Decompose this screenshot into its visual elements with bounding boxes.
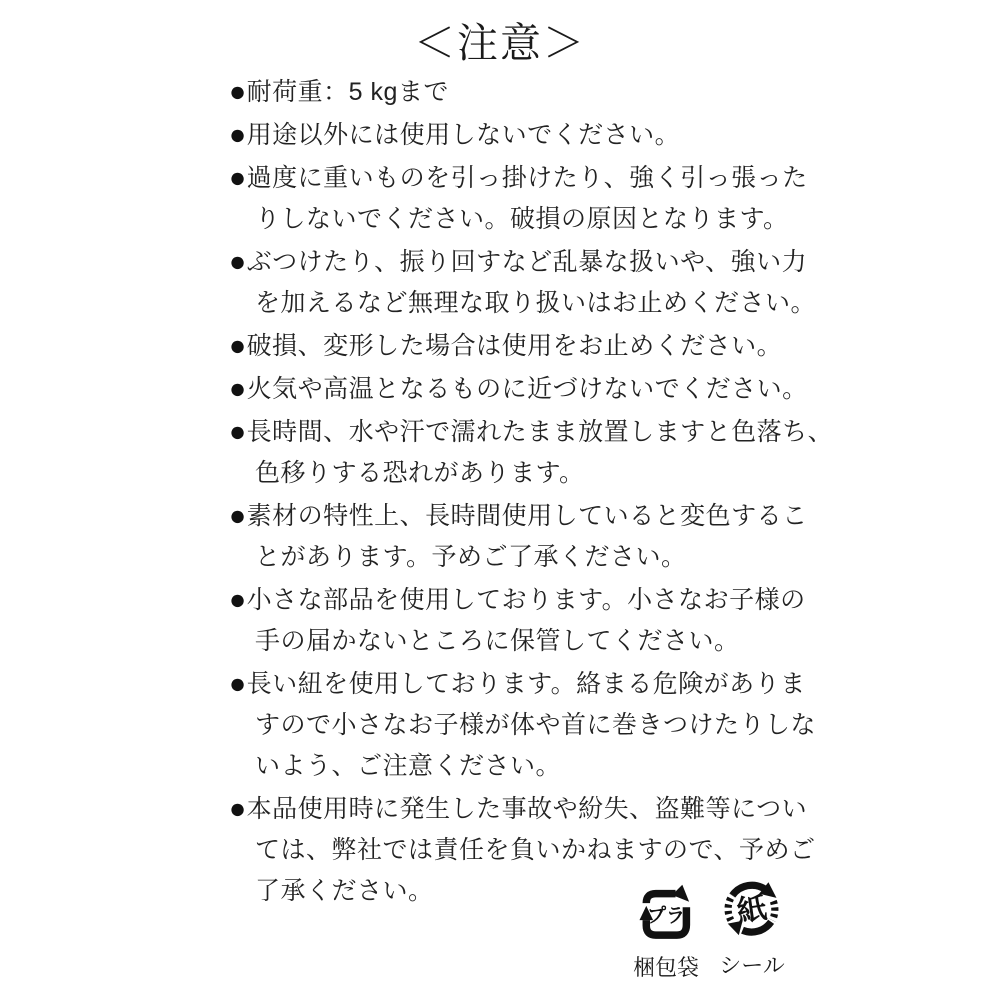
notice-item: ●用途以外には使用しないでください。 [230,115,830,156]
notice-line: りしないでください。破損の原因となります。 [230,199,830,240]
bullet-icon: ● [229,323,247,370]
notice-line: 色移りする恐れがあります。 [230,453,830,494]
notice-text: すので小さなお子様が体や首に巻きつけたりしな [255,711,816,739]
notice-item: ●小さな部品を使用しております。小さなお子様の手の届かないところに保管してくださ… [230,580,830,662]
bullet-icon: ● [229,239,247,286]
notice-text: 本品使用時に発生した事故や紛失、盗難等につい [247,795,808,823]
notice-line: ●耐荷重：5 kgまで [230,72,830,113]
caution-sheet: ＜注意＞ ●耐荷重：5 kgまで●用途以外には使用しないでください。●過度に重い… [0,0,1000,1000]
notice-text: 用途以外には使用しないでください。 [247,121,681,149]
notice-text: 耐荷重：5 kgまで [247,78,449,106]
page-title: ＜注意＞ [0,10,1000,69]
plastic-mark-text: プラ [647,904,685,927]
notice-line: ●ぶつけたり、振り回すなど乱暴な扱いや、強い力 [230,242,830,283]
paper-recycle-block: 紙 シール [704,874,800,980]
notice-line: ●火気や高温となるものに近づけないでください。 [230,369,830,410]
notice-text: 色移りする恐れがあります。 [255,459,585,487]
notice-text: 長い紐を使用しております。絡まる危険がありま [247,670,806,698]
notice-text: 了承ください。 [255,877,434,905]
notice-text: 長時間、水や汗で濡れたまま放置しますと色落ち、 [247,418,834,446]
plastic-recycling-icon: プラ [631,880,701,948]
plastic-recycle-block: プラ 梱包袋 [618,880,714,982]
notice-line: ●本品使用時に発生した事故や紛失、盗難等につい [230,789,830,830]
notice-text: 過度に重いものを引っ掛けたり、強く引っ張った [247,164,808,192]
notice-item: ●破損、変形した場合は使用をお止めください。 [230,326,830,367]
bullet-icon: ● [229,155,247,202]
notice-line: ●過度に重いものを引っ掛けたり、強く引っ張った [230,158,830,199]
notice-item: ●過度に重いものを引っ掛けたり、強く引っ張ったりしないでください。破損の原因とな… [230,158,830,240]
notice-item: ●長い紐を使用しております。絡まる危険がありますので小さなお子様が体や首に巻きつ… [230,664,830,787]
notice-line: ●小さな部品を使用しております。小さなお子様の [230,580,830,621]
notice-text: りしないでください。破損の原因となります。 [255,205,789,233]
bullet-icon: ● [229,493,247,540]
notice-text: ぶつけたり、振り回すなど乱暴な扱いや、強い力 [247,248,808,276]
notice-line: ●破損、変形した場合は使用をお止めください。 [230,326,830,367]
notice-line: ●長い紐を使用しております。絡まる危険がありま [230,664,830,705]
notice-text: ては、弊社では責任を負いかねますので、予めご [255,836,816,864]
notice-line: ては、弊社では責任を負いかねますので、予めご [230,830,830,871]
notice-text: 破損、変形した場合は使用をお止めください。 [247,332,783,360]
notice-text: 火気や高温となるものに近づけないでください。 [247,375,808,403]
bullet-icon: ● [229,69,247,116]
notice-item: ●ぶつけたり、振り回すなど乱暴な扱いや、強い力を加えるなど無理な取り扱いはお止め… [230,242,830,324]
notice-item: ●耐荷重：5 kgまで [230,72,830,113]
notice-item: ●火気や高温となるものに近づけないでください。 [230,369,830,410]
paper-recycle-label: シール [704,949,800,980]
notice-list: ●耐荷重：5 kgまで●用途以外には使用しないでください。●過度に重いものを引っ… [230,72,830,914]
bullet-icon: ● [229,366,247,413]
paper-recycling-icon: 紙 [716,874,788,946]
notice-line: とがあります。予めご了承ください。 [230,537,830,578]
notice-line: ●用途以外には使用しないでください。 [230,115,830,156]
notice-line: ●長時間、水や汗で濡れたまま放置しますと色落ち、 [230,412,830,453]
notice-text: 手の届かないところに保管してください。 [255,627,740,655]
bullet-icon: ● [229,112,247,159]
notice-line: ●素材の特性上、長時間使用していると変色するこ [230,496,830,537]
notice-text: いよう、ご注意ください。 [255,752,561,780]
notice-line: を加えるなど無理な取り扱いはお止めください。 [230,283,830,324]
bullet-icon: ● [229,577,247,624]
notice-text: とがあります。予めご了承ください。 [255,543,687,571]
bullet-icon: ● [229,661,247,708]
paper-mark-text: 紙 [734,891,770,929]
notice-line: いよう、ご注意ください。 [230,746,830,787]
notice-item: ●長時間、水や汗で濡れたまま放置しますと色落ち、色移りする恐れがあります。 [230,412,830,494]
notice-line: すので小さなお子様が体や首に巻きつけたりしな [230,705,830,746]
bullet-icon: ● [229,409,247,456]
notice-text: 素材の特性上、長時間使用していると変色するこ [247,502,808,530]
bullet-icon: ● [229,786,247,833]
plastic-recycle-label: 梱包袋 [618,951,714,982]
notice-item: ●素材の特性上、長時間使用していると変色することがあります。予めご了承ください。 [230,496,830,578]
notice-text: 小さな部品を使用しております。小さなお子様の [247,586,806,614]
notice-text: を加えるなど無理な取り扱いはお止めください。 [255,289,816,317]
notice-line: 手の届かないところに保管してください。 [230,621,830,662]
